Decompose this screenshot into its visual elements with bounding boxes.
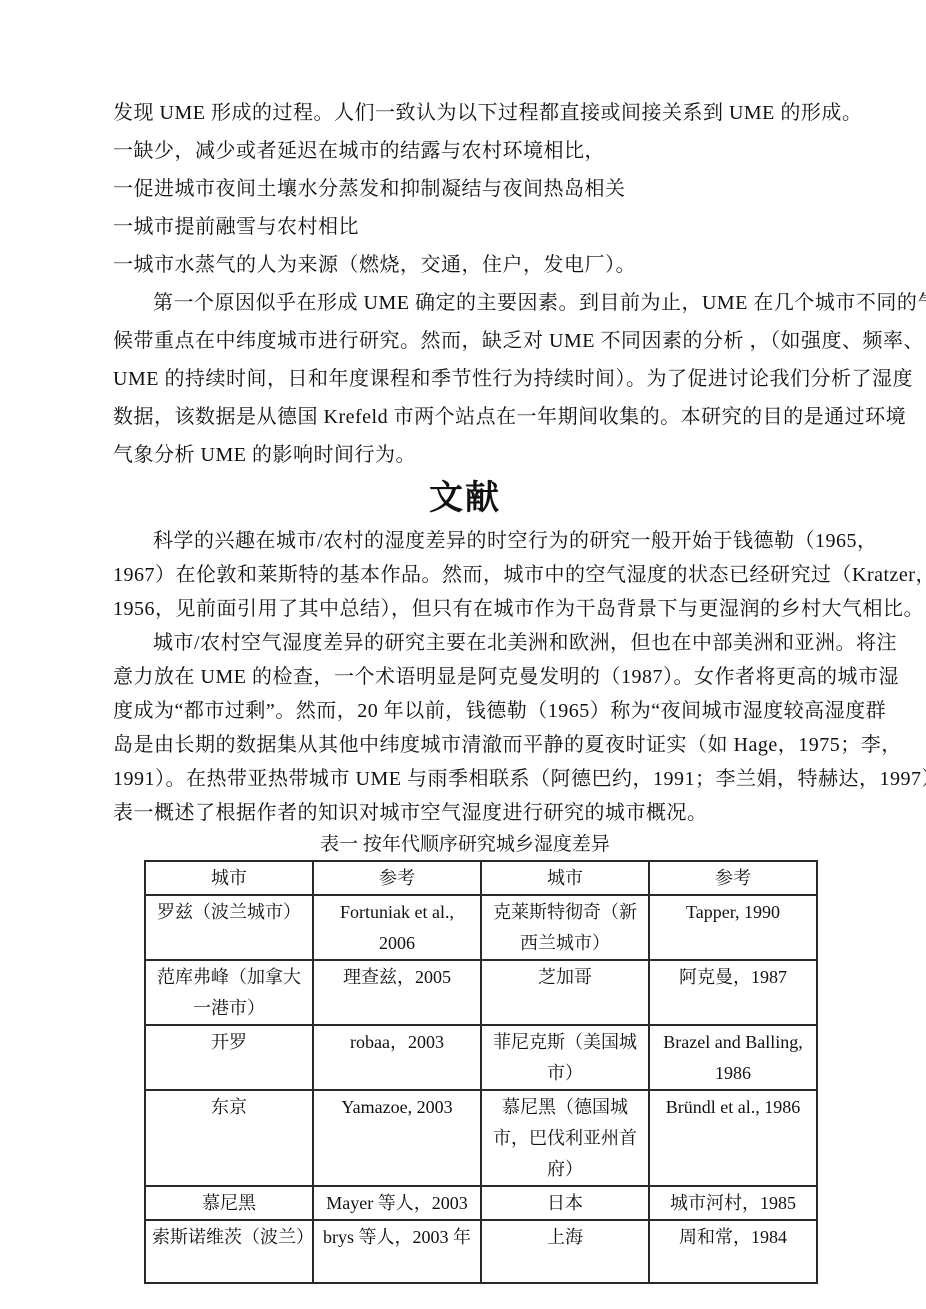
table-row: 罗兹（波兰城市） Fortuniak et al., 2006 克莱斯特彻奇（新… [145,895,817,960]
document-content: 发现 UME 形成的过程。人们一致认为以下过程都直接或间接关系到 UME 的形成… [0,0,817,1284]
city-cell: 菲尼克斯（美国城市） [481,1025,649,1090]
reference-cell: brys 等人，2003 年 [313,1220,481,1283]
reference-cell: 理查兹，2005 [313,960,481,1025]
table-row: 慕尼黑 Mayer 等人，2003 日本 城市河村，1985 [145,1186,817,1220]
reason-line: 候带重点在中纬度城市进行研究。然而，缺乏对 UME 不同因素的分析 ，（如强度、… [113,322,817,360]
city-cell: 克莱斯特彻奇（新西兰城市） [481,895,649,960]
literature-line: 科学的兴趣在城市/农村的湿度差异的时空行为的研究一般开始于钱德勒（1965， [113,524,817,558]
column-header-city: 城市 [481,861,649,895]
city-cell: 罗兹（波兰城市） [145,895,313,960]
reason-line: 气象分析 UME 的影响时间行为。 [113,436,817,474]
intro-line: 一城市水蒸气的人为来源（燃烧，交通，住户，发电厂）。 [113,246,817,284]
column-header-reference: 参考 [313,861,481,895]
reason-line: 第一个原因似乎在形成 UME 确定的主要因素。到目前为止，UME 在几个城市不同… [113,284,817,322]
column-header-city: 城市 [145,861,313,895]
section-heading: 文献 [113,476,817,522]
literature-line: 度成为“都市过剩”。然而，20 年以前，钱德勒（1965）称为“夜间城市湿度较高… [113,694,817,728]
table-row: 开罗 robaa，2003 菲尼克斯（美国城市） Brazel and Ball… [145,1025,817,1090]
literature-line: 1967）在伦敦和莱斯特的基本作品。然而，城市中的空气湿度的状态已经研究过（Kr… [113,558,817,592]
column-header-reference: 参考 [649,861,817,895]
reason-line: 数据，该数据是从德国 Krefeld 市两个站点在一年期间收集的。本研究的目的是… [113,398,817,436]
reference-cell: Yamazoe, 2003 [313,1090,481,1186]
table-row: 东京 Yamazoe, 2003 慕尼黑（德国城市，巴伐利亚州首府） Bründ… [145,1090,817,1186]
table-caption: 表一 按年代顺序研究城乡湿度差异 [113,832,817,858]
reference-cell: 阿克曼，1987 [649,960,817,1025]
city-cell: 慕尼黑 [145,1186,313,1220]
reference-cell: Brazel and Balling, 1986 [649,1025,817,1090]
humidity-studies-table: 城市 参考 城市 参考 罗兹（波兰城市） Fortuniak et al., 2… [144,860,818,1284]
document-page: 发现 UME 形成的过程。人们一致认为以下过程都直接或间接关系到 UME 的形成… [0,0,926,1309]
intro-line: 一促进城市夜间土壤水分蒸发和抑制凝结与夜间热岛相关 [113,170,817,208]
city-cell: 开罗 [145,1025,313,1090]
reason-paragraph: 第一个原因似乎在形成 UME 确定的主要因素。到目前为止，UME 在几个城市不同… [113,284,817,474]
table-row: 范库弗峰（加拿大一港市） 理查兹，2005 芝加哥 阿克曼，1987 [145,960,817,1025]
reference-cell: 城市河村，1985 [649,1186,817,1220]
literature-line: 意力放在 UME 的检查，一个术语明显是阿克曼发明的（1987）。女作者将更高的… [113,660,817,694]
city-cell: 芝加哥 [481,960,649,1025]
reference-cell: Tapper, 1990 [649,895,817,960]
literature-line: 城市/农村空气湿度差异的研究主要在北美洲和欧洲，但也在中部美洲和亚洲。将注 [113,626,817,660]
reference-cell: Mayer 等人，2003 [313,1186,481,1220]
reference-cell: 周和常，1984 [649,1220,817,1283]
city-cell: 慕尼黑（德国城市，巴伐利亚州首府） [481,1090,649,1186]
literature-line: 1991）。在热带亚热带城市 UME 与雨季相联系（阿德巴约，1991；李兰娟，… [113,762,817,796]
city-cell: 上海 [481,1220,649,1283]
reference-cell: robaa，2003 [313,1025,481,1090]
city-cell: 东京 [145,1090,313,1186]
city-cell: 范库弗峰（加拿大一港市） [145,960,313,1025]
table-row: 索斯诺维茨（波兰） brys 等人，2003 年 上海 周和常，1984 [145,1220,817,1283]
reference-cell: Bründl et al., 1986 [649,1090,817,1186]
literature-paragraph-2: 城市/农村空气湿度差异的研究主要在北美洲和欧洲，但也在中部美洲和亚洲。将注 意力… [113,626,817,830]
city-cell: 日本 [481,1186,649,1220]
intro-line: 一城市提前融雪与农村相比 [113,208,817,246]
literature-paragraph-1: 科学的兴趣在城市/农村的湿度差异的时空行为的研究一般开始于钱德勒（1965， 1… [113,524,817,626]
intro-line: 一缺少，减少或者延迟在城市的结露与农村环境相比， [113,132,817,170]
literature-line: 表一概述了根据作者的知识对城市空气湿度进行研究的城市概况。 [113,796,817,830]
intro-paragraph: 发现 UME 形成的过程。人们一致认为以下过程都直接或间接关系到 UME 的形成… [113,94,817,284]
reference-cell: Fortuniak et al., 2006 [313,895,481,960]
literature-line: 岛是由长期的数据集从其他中纬度城市清澈而平静的夏夜时证实（如 Hage，1975… [113,728,817,762]
intro-line: 发现 UME 形成的过程。人们一致认为以下过程都直接或间接关系到 UME 的形成… [113,94,817,132]
literature-line: 1956，见前面引用了其中总结），但只有在城市作为干岛背景下与更湿润的乡村大气相… [113,592,817,626]
city-cell: 索斯诺维茨（波兰） [145,1220,313,1283]
table-header-row: 城市 参考 城市 参考 [145,861,817,895]
reason-line: UME 的持续时间，日和年度课程和季节性行为持续时间）。为了促进讨论我们分析了湿… [113,360,817,398]
